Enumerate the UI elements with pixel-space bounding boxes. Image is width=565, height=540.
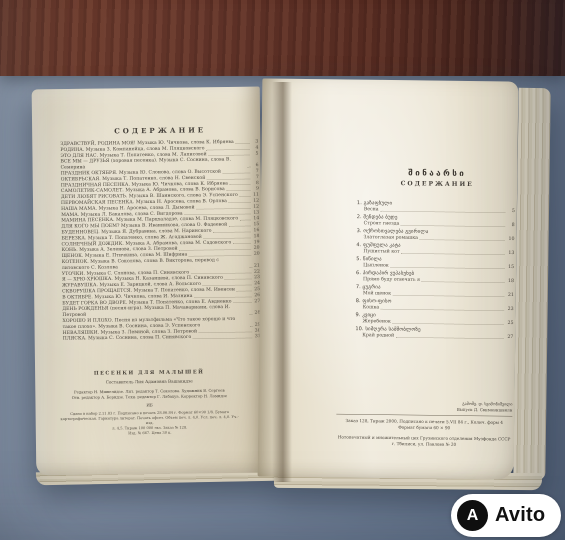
item-page: 23 (506, 306, 514, 312)
imprint-compiler: Составитель Лия Адамовна Вашакидзе (59, 378, 239, 385)
contents-item: 7. ცუგრიაМой щенок21 (356, 284, 514, 298)
item-russian-title: Строят гнезда (364, 220, 400, 226)
dot-leader (401, 225, 505, 227)
left-contents-block: ЗДРАВСТВУЙ, РОДИНА МОЯ! Музыка Ю. Чичков… (60, 139, 260, 339)
georgian-contents-heading: შინაარსი (357, 168, 517, 179)
item-russian-title: Пушистый кот (363, 248, 399, 254)
dot-leader (381, 309, 504, 311)
dot-leader (401, 253, 505, 255)
item-russian-title: Край родной (362, 332, 394, 338)
left-page: СОДЕРЖАНИЕ ЗДРАВСТВУЙ, РОДИНА МОЯ! Музык… (32, 87, 265, 476)
dot-leader (396, 337, 504, 339)
imprint-fineprint: Сдано в набор 2.11.83 г. Подписано в печ… (60, 409, 240, 436)
item-russian-title: Прямо буду отвечать я (363, 276, 420, 283)
contents-item: 2. შენდება ბუდეСтроят гнезда8 (357, 214, 515, 228)
contents-item: 5. წიწილაЦыпленок15 (356, 256, 514, 270)
item-russian-line: Строят гнезда8 (357, 220, 515, 228)
item-russian-title: Златоглазая ромашка (363, 234, 418, 241)
item-page: 13 (506, 250, 514, 256)
item-russian-line: Весна5 (357, 206, 515, 214)
item-russian-title: Цыпленок (363, 262, 389, 268)
item-russian-line: Жеребенок25 (355, 318, 513, 326)
toc-entry-page: 20 (253, 251, 260, 257)
imprint-editor-line: Отв. редактор А. Беридзе. Техн. редактор… (59, 393, 239, 401)
contents-item: 4. ფუმფულა კატაПушистый кот13 (356, 242, 514, 256)
wood-table-surface (0, 0, 565, 76)
left-contents-heading: СОДЕРЖАНИЕ (62, 125, 258, 136)
colophon-rule (336, 414, 512, 417)
toc-entry: ПЛЯСКА. Музыка С. Соснина, слова П. Синя… (63, 333, 261, 341)
toc-entry-page: 5 (251, 150, 258, 156)
open-book: СОДЕРЖАНИЕ ЗДРАВСТВУЙ, РОДИНА МОЯ! Музык… (26, 72, 548, 492)
contents-item: 10. სიმღერა სამშობლოზეКрай родной27 (355, 326, 513, 340)
imprint-book-title: ПЕСЕНКИ ДЛЯ МАЛЫШЕЙ (59, 369, 239, 377)
imprint-editors: Редактор Н. Мшвелидзе. Лит. редактор Т. … (59, 387, 239, 400)
item-page: 25 (505, 320, 513, 326)
left-contents-list: ЗДРАВСТВУЙ, РОДИНА МОЯ! Музыка Ю. Чичков… (60, 139, 260, 342)
dot-leader (422, 281, 505, 283)
colophon-block: გამოშვ. დ. სვიმონიშვილი Выпуск Д. Свимон… (335, 399, 512, 494)
dot-leader (193, 338, 252, 339)
colophon-center: Заказ 128, Тираж 2000, Подписано к печат… (336, 417, 512, 448)
dot-leader (393, 295, 505, 297)
colophon-inner: გამოშვ. დ. სვიმონიშვილი Выпуск Д. Свимон… (336, 399, 513, 448)
item-russian-line: Цыпленок15 (356, 262, 514, 270)
item-russian-line: Прямо буду отвечать я18 (356, 276, 514, 284)
imprint-block: ПЕСЕНКИ ДЛЯ МАЛЫШЕЙ Составитель Лия Адам… (59, 369, 241, 502)
dot-leader (248, 167, 251, 168)
dot-leader (249, 267, 252, 268)
item-russian-line: Пушистый кот13 (356, 248, 514, 256)
item-page: 18 (506, 278, 514, 284)
colophon-release-line: Выпуск Д. Свимонишвили (336, 405, 512, 413)
dot-leader (249, 314, 252, 315)
avito-logo-icon: A (457, 500, 488, 531)
avito-watermark: A Avito (451, 494, 561, 537)
contents-item: 9. კვიციЖеребенок25 (355, 312, 513, 326)
item-page: 5 (507, 208, 515, 214)
imprint-inner: ПЕСЕНКИ ДЛЯ МАЛЫШЕЙ Составитель Лия Адам… (59, 369, 240, 437)
dot-leader (392, 323, 504, 325)
contents-item: 3. ოქროსთვალება გვირილაЗлатоглазая ромаш… (356, 228, 514, 242)
dot-leader (250, 326, 253, 327)
dot-leader (419, 239, 505, 241)
contents-item: 1. გაზაფხულიВесна5 (357, 200, 515, 214)
dot-leader (390, 267, 504, 269)
right-page: შინაარსი СОДЕРЖАНИЕ 1. გაზაფხულიВесна52.… (258, 78, 519, 479)
contents-item: 8. ფისო-ფისოКошка23 (356, 298, 514, 312)
item-russian-title: Весна (364, 206, 379, 212)
avito-wordmark: Avito (495, 504, 545, 527)
item-page: 21 (506, 292, 514, 298)
dot-leader (380, 211, 505, 213)
item-russian-title: Кошка (363, 304, 380, 310)
item-russian-line: Кошка23 (356, 304, 514, 312)
item-russian-title: Мой щенок (363, 290, 391, 296)
item-page: 27 (505, 334, 513, 340)
item-page: 15 (506, 264, 514, 270)
imprint-ib-label: ИБ (59, 402, 239, 409)
contents-item: 6. პირდაპირ ვუპასუხებПрямо буду отвечать… (356, 270, 514, 284)
page-stack-edge-right (513, 88, 550, 480)
right-contents-list: 1. გაზაფხულიВесна52. შენდება ბუდეСтроят … (355, 200, 515, 340)
item-page: 10 (506, 236, 514, 242)
imprint-fineprint-line: Изд. № 667. Цена 30 к. (60, 429, 240, 436)
photo-scene: СОДЕРЖАНИЕ ЗДРАВСТВУЙ, РОДИНА МОЯ! Музык… (0, 0, 565, 540)
item-page: 8 (507, 222, 515, 228)
toc-entry-title: ПЛЯСКА. Музыка С. Соснина, слова П. Синя… (63, 334, 192, 341)
item-russian-line: Златоглазая ромашка10 (356, 234, 514, 242)
item-russian-line: Мой щенок21 (356, 290, 514, 298)
russian-contents-heading: СОДЕРЖАНИЕ (357, 180, 517, 189)
item-russian-line: Край родной27 (355, 332, 513, 340)
item-russian-title: Жеребенок (362, 318, 390, 324)
